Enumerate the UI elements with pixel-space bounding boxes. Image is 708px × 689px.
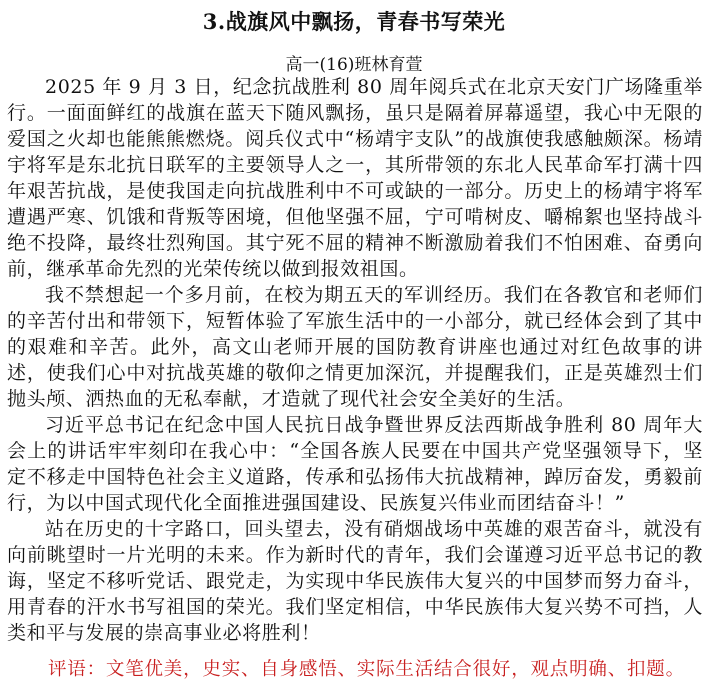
- paragraph-2: 我不禁想起一个多月前，在校为期五天的军训经历。我们在各教官和老师们的辛苦付出和带…: [7, 282, 703, 412]
- author-line: 高一(16)班林育萱: [0, 50, 708, 75]
- paragraph-2-text: 我不禁想起一个多月前，在校为期五天的军训经历。我们在各教官和老师们的辛苦付出和带…: [7, 284, 703, 410]
- paragraph-1: 2025 年 9 月 3 日，纪念抗战胜利 80 周年阅兵式在北京天安门广场隆重…: [7, 74, 703, 282]
- article-body: 2025 年 9 月 3 日，纪念抗战胜利 80 周年阅兵式在北京天安门广场隆重…: [7, 74, 703, 646]
- article-title: 3.战旗风中飘扬，青春书写荣光: [0, 6, 708, 36]
- teacher-comment: 评语：文笔优美，史实、自身感悟、实际生活结合很好，观点明确、扣题。: [48, 655, 708, 681]
- paragraph-3: 习近平总书记在纪念中国人民抗日战争暨世界反法西斯战争胜利 80 周年大会上的讲话…: [7, 412, 703, 516]
- paragraph-4: 站在历史的十字路口，回头望去，没有硝烟战场中英雄的艰苦奋斗，就没有向前眺望时一片…: [7, 516, 703, 646]
